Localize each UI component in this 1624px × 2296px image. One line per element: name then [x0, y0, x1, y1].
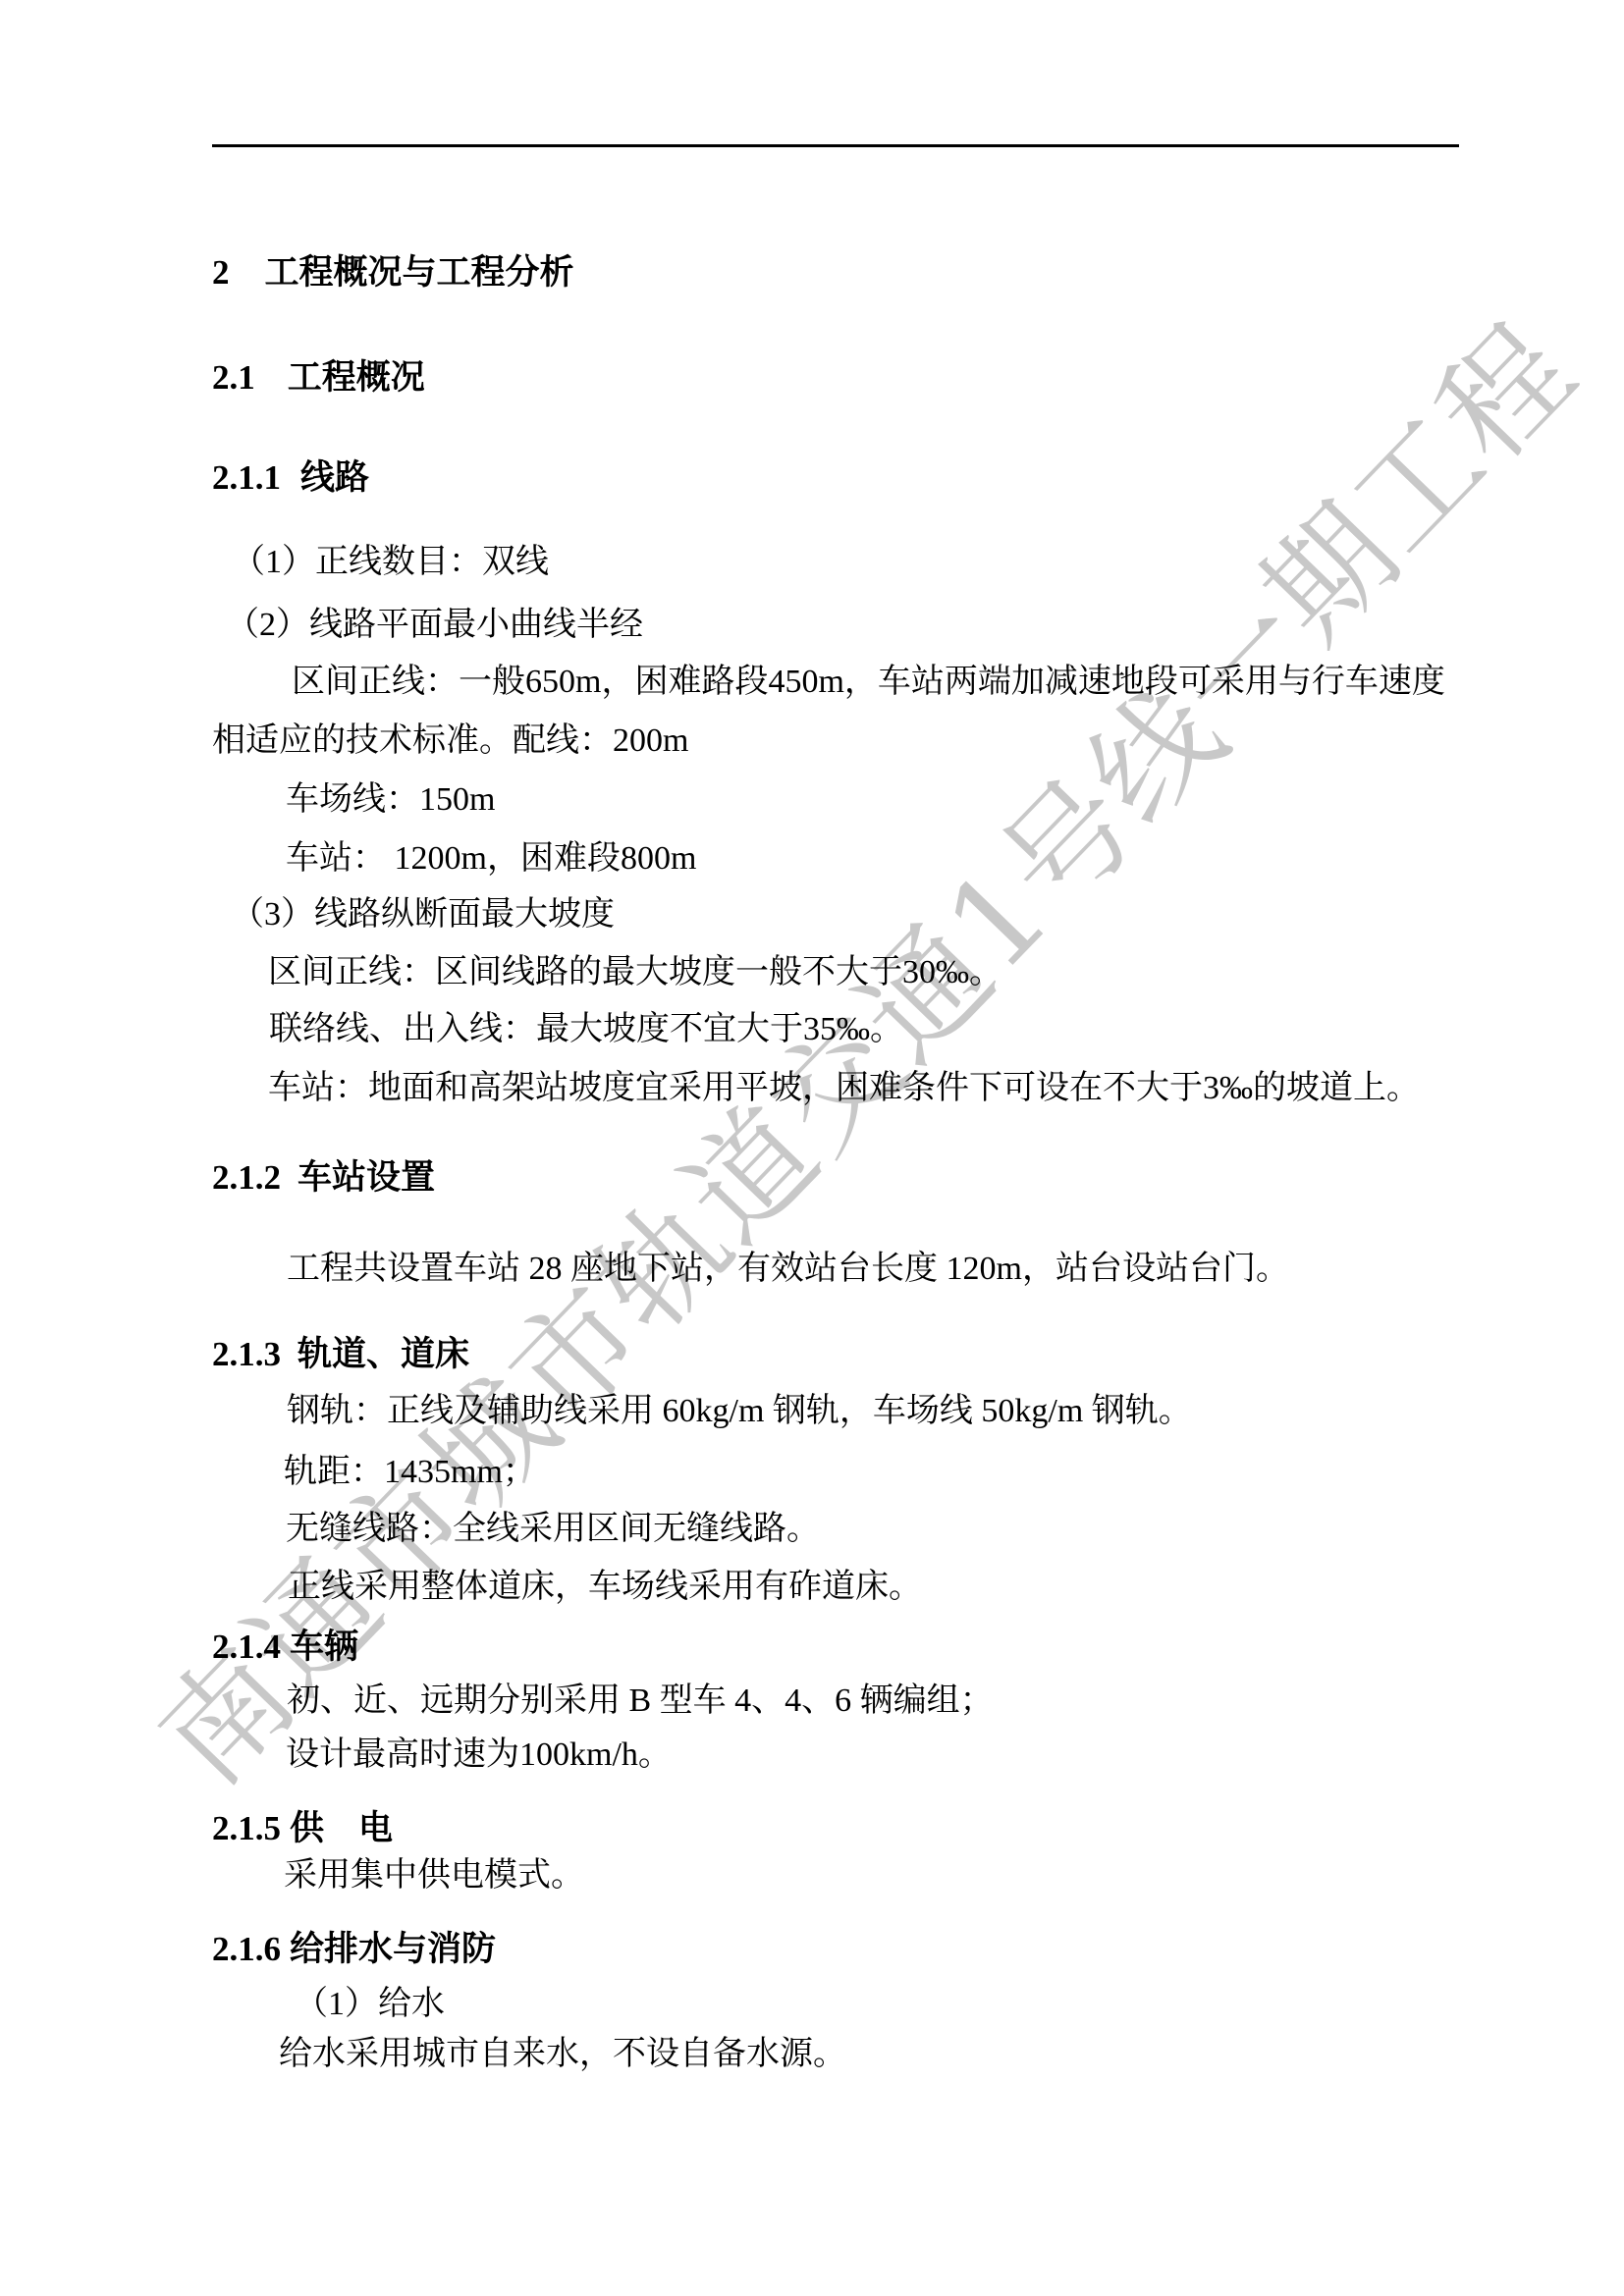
heading-title: 给排水与消防 — [290, 1930, 496, 1968]
header-rule — [212, 144, 1459, 147]
heading-section-2-1-1: 2.1.1线路 — [212, 456, 369, 500]
document-page: 南通市城市轨道交通1号线一期工程 2工程概况与工程分析 2.1工程概况 2.1.… — [0, 0, 1624, 2296]
paragraph-line: 给水采用城市自来水，不设自备水源。 — [279, 2033, 846, 2076]
paragraph-line: （1）正线数目：双线 — [232, 541, 549, 584]
heading-number: 2.1.1 — [212, 458, 281, 497]
paragraph-line: （2）线路平面最小曲线半经 — [226, 604, 643, 647]
paragraph-line: 设计最高时速为100km/h。 — [286, 1734, 672, 1777]
heading-section-2-1-2: 2.1.2车站设置 — [212, 1156, 435, 1200]
paragraph-line: 联络线、出入线：最大坡度不宜大于35‰。 — [269, 1008, 903, 1051]
paragraph-line: 采用集中供电模式。 — [284, 1854, 584, 1897]
paragraph-line: 正线采用整体道床，车场线采用有砟道床。 — [288, 1566, 922, 1609]
heading-number: 2.1.3 — [212, 1335, 281, 1373]
paragraph-line: 工程共设置车站 28 座地下站，有效站台长度 120m，站台设站台门。 — [287, 1248, 1289, 1291]
paragraph-line: 区间正线：一般650m，困难路段450m，车站两端加减速地段可采用与行车速度 — [292, 661, 1445, 704]
paragraph-line: 无缝线路：全线采用区间无缝线路。 — [286, 1508, 820, 1551]
paragraph-line: 钢轨：正线及辅助线采用 60kg/m 钢轨，车场线 50kg/m 钢轨。 — [287, 1390, 1192, 1433]
heading-chapter-2: 2工程概况与工程分析 — [212, 251, 574, 294]
paragraph-line: 区间正线：区间线路的最大坡度一般不大于30‰。 — [268, 951, 1002, 994]
heading-title: 车站设置 — [298, 1158, 435, 1197]
paragraph-line: 车场线：150m — [286, 778, 495, 822]
paragraph-line: 轨距：1435mm； — [284, 1451, 536, 1494]
heading-number: 2.1.4 — [212, 1628, 281, 1666]
heading-section-2-1-6: 2.1.6给排水与消防 — [212, 1928, 496, 1971]
heading-title: 工程概况与工程分析 — [265, 253, 574, 292]
paragraph-line: 相适应的技术标准。配线：200m — [212, 720, 688, 763]
paragraph-line: （3）线路纵断面最大坡度 — [231, 893, 615, 936]
heading-title: 线路 — [300, 458, 369, 497]
heading-title: 工程概况 — [288, 358, 425, 397]
heading-number: 2.1.6 — [212, 1930, 281, 1968]
heading-title: 轨道、道床 — [298, 1335, 469, 1373]
heading-section-2-1-5: 2.1.5供 电 — [212, 1807, 393, 1850]
paragraph-line: （1）给水 — [295, 1983, 445, 2026]
paragraph-line: 初、近、远期分别采用 B 型车 4、4、6 辆编组； — [287, 1680, 994, 1723]
heading-title: 车辆 — [290, 1628, 358, 1666]
heading-number: 2.1.2 — [212, 1158, 281, 1197]
heading-number: 2 — [212, 253, 230, 292]
paragraph-line: 车站： 1200m，困难段800m — [286, 837, 696, 881]
paragraph-line: 车站：地面和高架站坡度宜采用平坡，困难条件下可设在不大于3‰的坡道上。 — [268, 1067, 1420, 1110]
heading-section-2-1-4: 2.1.4车辆 — [212, 1626, 358, 1669]
heading-title: 供 电 — [290, 1809, 393, 1847]
heading-section-2-1-3: 2.1.3轨道、道床 — [212, 1333, 469, 1376]
heading-section-2-1: 2.1工程概况 — [212, 356, 425, 400]
heading-number: 2.1 — [212, 358, 255, 397]
heading-number: 2.1.5 — [212, 1809, 281, 1847]
